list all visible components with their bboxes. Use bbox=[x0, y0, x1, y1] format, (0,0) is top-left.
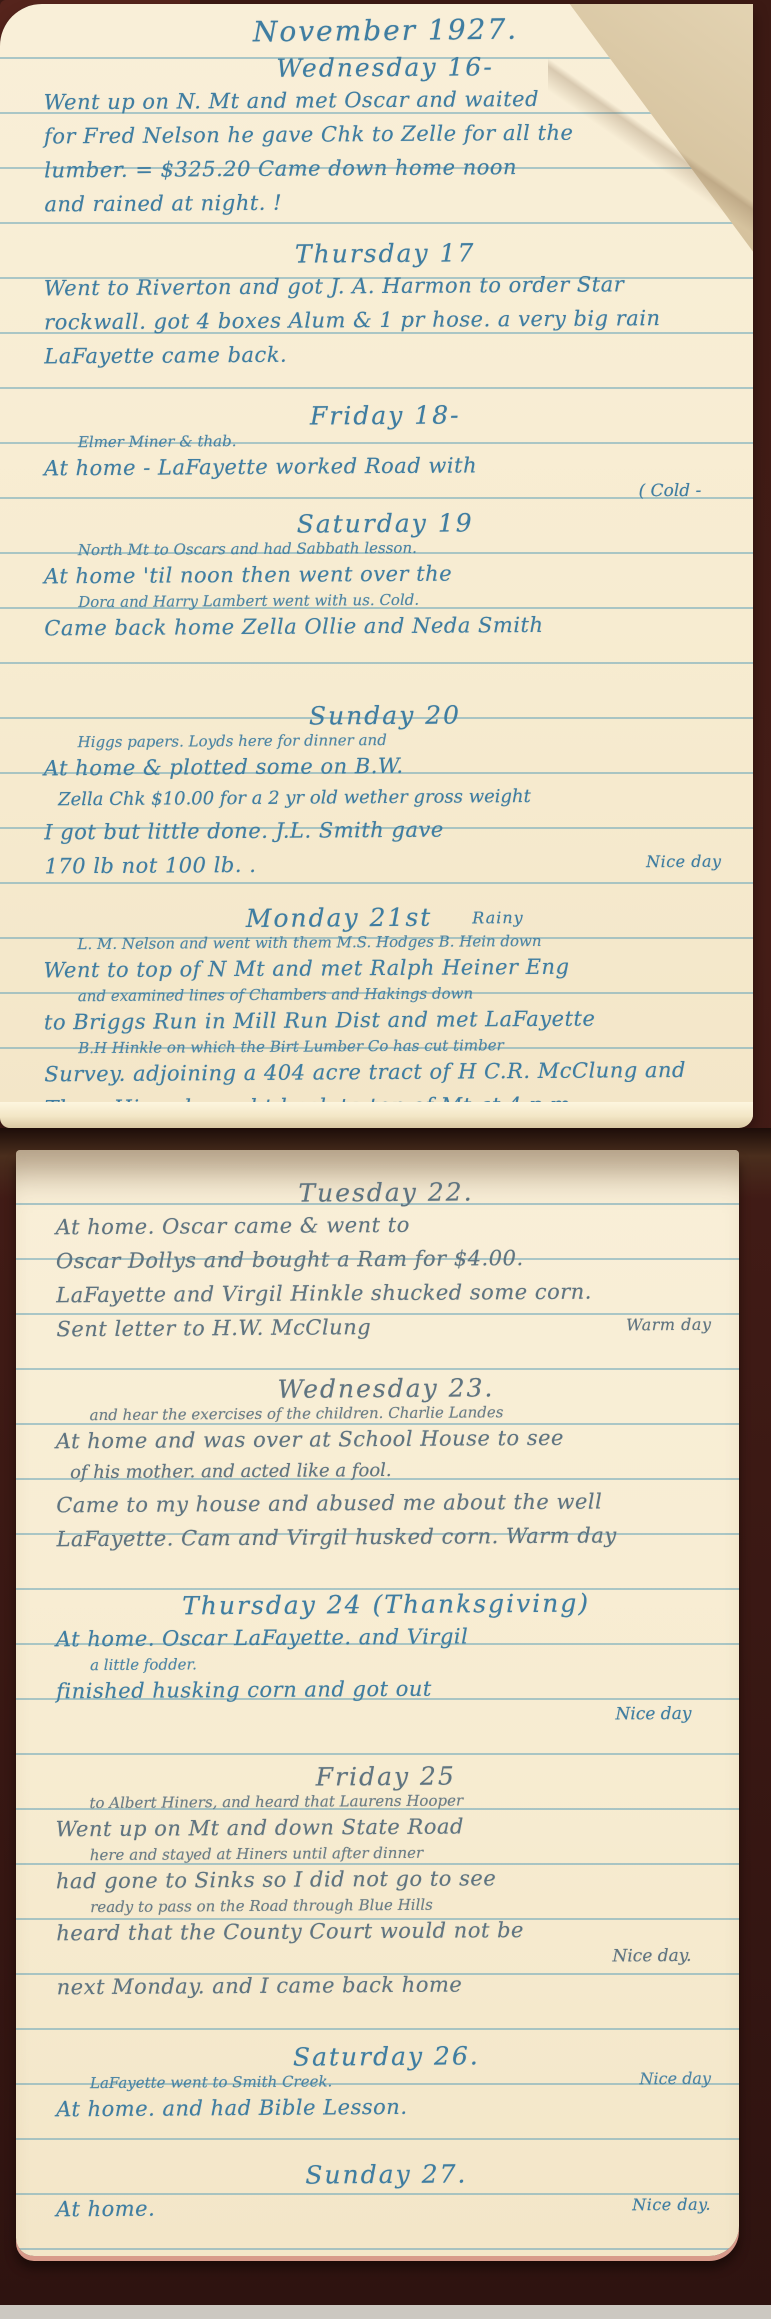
entry-line: At home & plotted some on B.W. bbox=[44, 747, 727, 786]
entry-date-heading: Thursday 17 bbox=[44, 237, 727, 272]
entry-line: rockwall. got 4 boxes Alum & 1 pr hose. … bbox=[44, 301, 727, 340]
entry-date-heading: Friday 18- bbox=[44, 399, 727, 434]
journal-entry: Saturday 19North Mt to Oscars and had Sa… bbox=[44, 507, 728, 646]
entry-line: LaFayette and Virgil Hinkle shucked some… bbox=[56, 1274, 717, 1313]
entry-line: LaFayette. Cam and Virgil husked corn. W… bbox=[56, 1518, 717, 1557]
journal-entry: Friday 25to Albert Hiners, and heard tha… bbox=[55, 1760, 718, 2005]
entry-line: for Fred Nelson he gave Chk to Zelle for… bbox=[44, 115, 727, 154]
entry-line: LaFayette came back. bbox=[44, 335, 727, 374]
entry-date-heading: Wednesday 23. bbox=[55, 1372, 716, 1407]
entry-date-heading: Thursday 24 (Thanksgiving) bbox=[56, 1588, 717, 1623]
journal-entry: Monday 21stRainyL. M. Nelson and went wi… bbox=[43, 901, 728, 1146]
entry-line: At home 'til noon then went over the bbox=[44, 555, 727, 594]
entry-line: next Monday. and I came back home bbox=[57, 1966, 718, 2005]
entry-line: Came back home Zella Ollie and Neda Smit… bbox=[44, 607, 727, 646]
entry-line: Went to Riverton and got J. A. Harmon to… bbox=[44, 267, 727, 306]
entry-line: Went to top of N Mt and met Ralph Heiner… bbox=[44, 949, 727, 988]
entry-line: At home. Oscar came & went to bbox=[56, 1206, 717, 1245]
entry-line: of his mother. and acted like a fool. bbox=[70, 1454, 717, 1489]
entry-line: finished husking corn and got out bbox=[56, 1670, 717, 1709]
notebook-page-bottom: Tuesday 22.At home. Oscar came & went to… bbox=[16, 1150, 739, 2256]
journal-entry: Saturday 26.LaFayette went to Smith Cree… bbox=[56, 2040, 718, 2127]
weather-note: Warm day bbox=[626, 1308, 718, 1343]
entry-line: Went up on N. Mt and met Oscar and waite… bbox=[44, 81, 727, 120]
entry-line: Went up on Mt and down State Road bbox=[56, 1808, 717, 1847]
entry-line: At home - LaFayette worked Road with bbox=[44, 447, 727, 486]
entry-date-heading: Sunday 20 bbox=[43, 699, 726, 734]
entry-line: At home. and had Bible Lesson. bbox=[56, 2088, 717, 2127]
entry-line: heard that the County Court would not be bbox=[56, 1912, 717, 1951]
weather-note: Nice day bbox=[646, 845, 728, 880]
entry-line: Survey. adjoining a 404 acre tract of H … bbox=[44, 1053, 727, 1092]
journal-entry: Sunday 27.At home.Nice day. bbox=[56, 2158, 717, 2227]
entry-date-heading: Saturday 19 bbox=[44, 507, 727, 542]
journal-entry: Tuesday 22.At home. Oscar came & went to… bbox=[55, 1176, 717, 1347]
entry-line: had gone to Sinks so I did not go to see bbox=[56, 1860, 717, 1899]
journal-entry: Thursday 17Went to Riverton and got J. A… bbox=[44, 237, 728, 374]
entry-date-heading: Saturday 26. bbox=[56, 2040, 717, 2075]
entry-line: to Briggs Run in Mill Run Dist and met L… bbox=[44, 1001, 727, 1040]
entry-line: I got but little done. J.L. Smith gave bbox=[44, 811, 727, 850]
scanner-bed-strip bbox=[0, 2305, 771, 2319]
weather-note: Nice day bbox=[639, 2070, 717, 2089]
entry-line: At home and was over at School House to … bbox=[56, 1420, 717, 1459]
entry-line: At home. Oscar LaFayette. and Virgil bbox=[56, 1618, 717, 1657]
entry-date-heading: Wednesday 16- bbox=[43, 51, 726, 86]
journal-entry: Wednesday 16-Went up on N. Mt and met Os… bbox=[43, 51, 727, 222]
entry-line: Sent letter to H.W. McClungWarm day bbox=[56, 1308, 717, 1347]
entries-top: Wednesday 16-Went up on N. Mt and met Os… bbox=[44, 53, 727, 1143]
entries-bottom: Tuesday 22.At home. Oscar came & went to… bbox=[56, 1178, 717, 2224]
entry-line: Zella Chk $10.00 for a 2 yr old wether g… bbox=[58, 781, 727, 816]
journal-entry: Thursday 24 (Thanksgiving)At home. Oscar… bbox=[56, 1588, 718, 1729]
entry-line: lumber. = $325.20 Came down home noon bbox=[44, 149, 727, 188]
entry-line: Oscar Dollys and bought a Ram for $4.00. bbox=[56, 1240, 717, 1279]
journal-entry: Wednesday 23.and hear the exercises of t… bbox=[55, 1372, 717, 1557]
entry-line: 170 lb not 100 lb. .Nice day bbox=[44, 845, 727, 884]
entry-line: At home.Nice day. bbox=[56, 2188, 717, 2227]
entry-date-heading: Tuesday 22. bbox=[55, 1176, 716, 1211]
notebook-photo: { "palette":{ "page_paper":"#f7ecd1", "r… bbox=[0, 0, 771, 2319]
entry-date-heading: Monday 21stRainy bbox=[43, 901, 726, 936]
entry-line: Them Hiner brought back to top of Mt at … bbox=[44, 1087, 727, 1126]
notebook-page-top: November 1927. Wednesday 16-Went up on N… bbox=[0, 4, 753, 1122]
entry-date-heading: Friday 25 bbox=[55, 1760, 716, 1795]
entry-line: and rained at night. ! bbox=[44, 183, 727, 222]
entry-line: Came to my house and abused me about the… bbox=[56, 1484, 717, 1523]
journal-entry: Friday 18-Elmer Miner & thab.At home - L… bbox=[44, 399, 728, 506]
weather-note: Rainy bbox=[472, 903, 524, 933]
weather-note: Nice day. bbox=[632, 2188, 717, 2223]
journal-entry: Sunday 20Higgs papers. Loyds here for di… bbox=[43, 699, 727, 884]
entry-date-heading: Sunday 27. bbox=[56, 2158, 717, 2193]
